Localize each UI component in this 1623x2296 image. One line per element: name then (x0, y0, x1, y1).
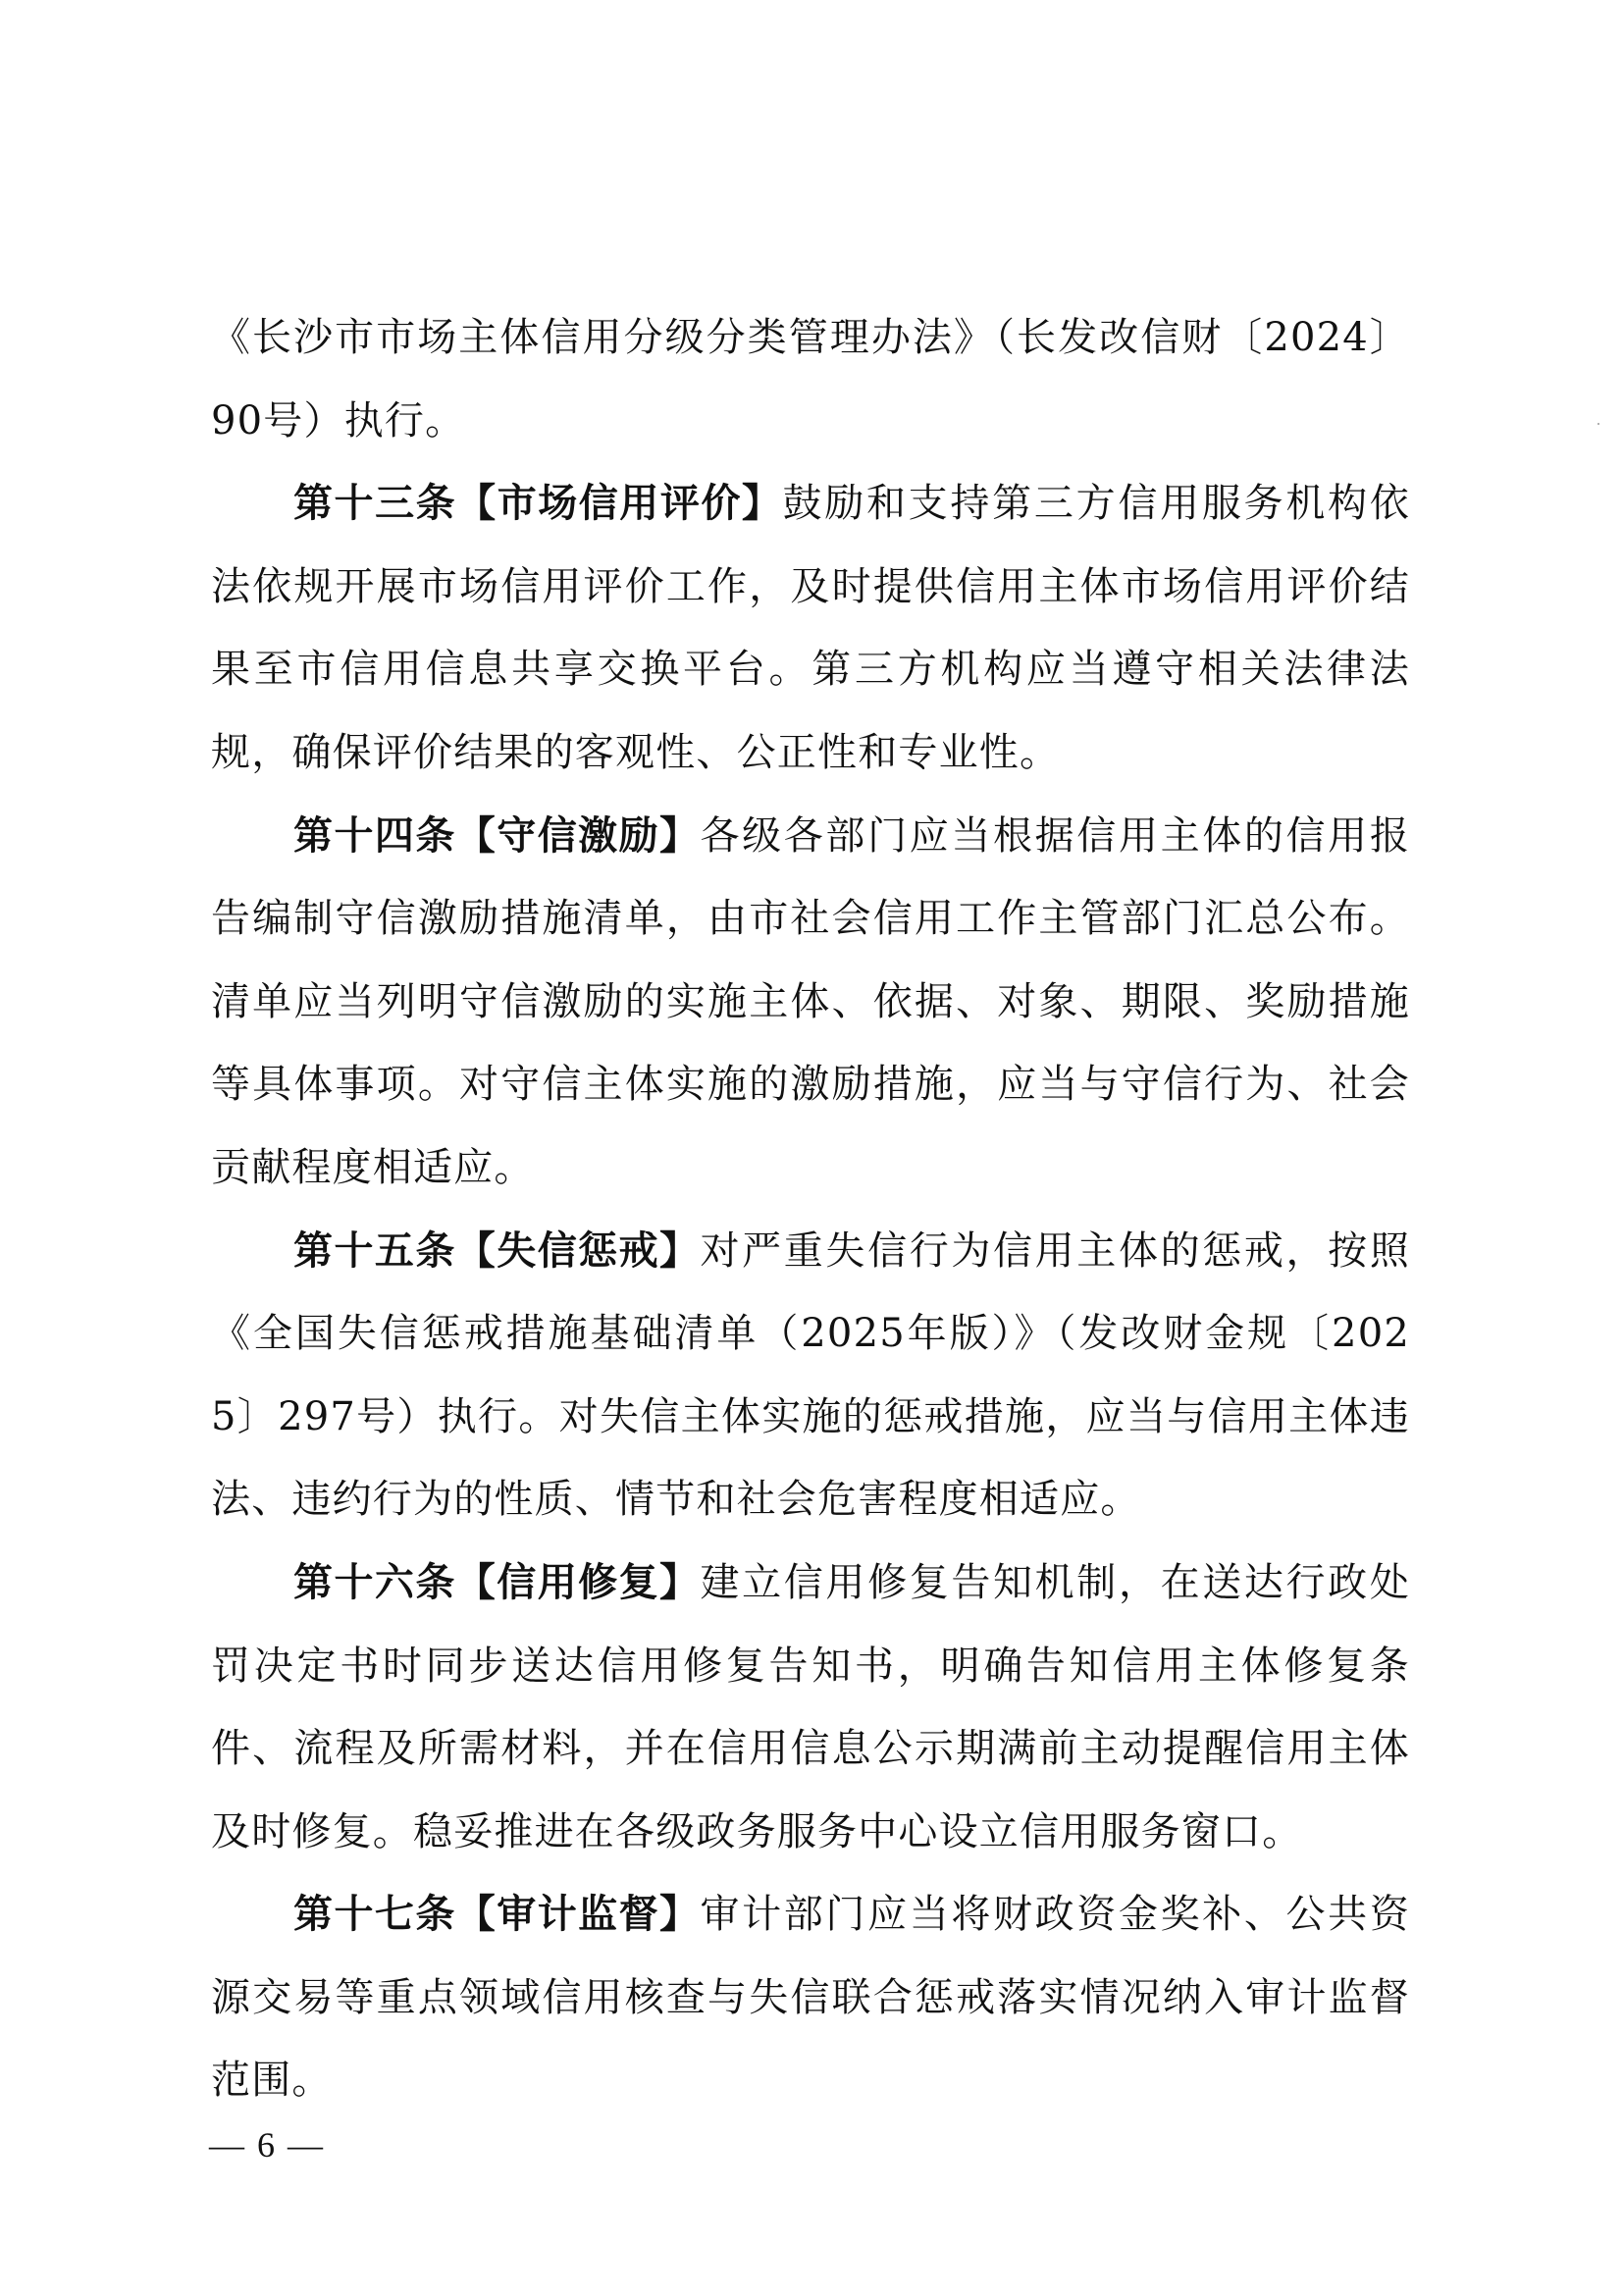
article-15-number: 第十五条 (293, 1228, 456, 1274)
continuation-text: 《长沙市市场主体信用分级分类管理办法》（长发改信财〔2024〕90号）执行。 (211, 315, 1410, 444)
page-number: — 6 — (209, 2125, 325, 2165)
article-15: 第十五条【失信惩戒】对严重失信行为信用主体的惩戒，按照《全国失信惩戒措施基础清单… (211, 1210, 1410, 1541)
article-16: 第十六条【信用修复】建立信用修复告知机制，在送达行政处罚决定书时同步送达信用修复… (211, 1541, 1410, 1873)
article-17-title: 【审计监督】 (456, 1892, 701, 1937)
article-14: 第十四条【守信激励】各级各部门应当根据信用主体的信用报告编制守信激励措施清单，由… (211, 795, 1410, 1210)
article-13: 第十三条【市场信用评价】鼓励和支持第三方信用服务机构依法依规开展市场信用评价工作… (211, 462, 1410, 794)
continuation-paragraph: 《长沙市市场主体信用分级分类管理办法》（长发改信财〔2024〕90号）执行。 (211, 296, 1410, 462)
article-16-number: 第十六条 (293, 1560, 456, 1605)
article-13-title: 【市场信用评价】 (456, 481, 782, 526)
article-17-number: 第十七条 (293, 1892, 456, 1937)
article-14-number: 第十四条 (293, 813, 456, 859)
article-17: 第十七条【审计监督】审计部门应当将财政资金奖补、公共资源交易等重点领域信用核查与… (211, 1873, 1410, 2122)
article-15-title: 【失信惩戒】 (456, 1228, 701, 1274)
scan-artifact-dot (1597, 423, 1599, 425)
article-14-title: 【守信激励】 (456, 813, 701, 859)
article-13-number: 第十三条 (293, 481, 456, 526)
document-page: 《长沙市市场主体信用分级分类管理办法》（长发改信财〔2024〕90号）执行。 第… (211, 296, 1410, 2122)
article-14-body: 各级各部门应当根据信用主体的信用报告编制守信激励措施清单，由市社会信用工作主管部… (211, 813, 1410, 1190)
article-16-title: 【信用修复】 (456, 1560, 701, 1605)
